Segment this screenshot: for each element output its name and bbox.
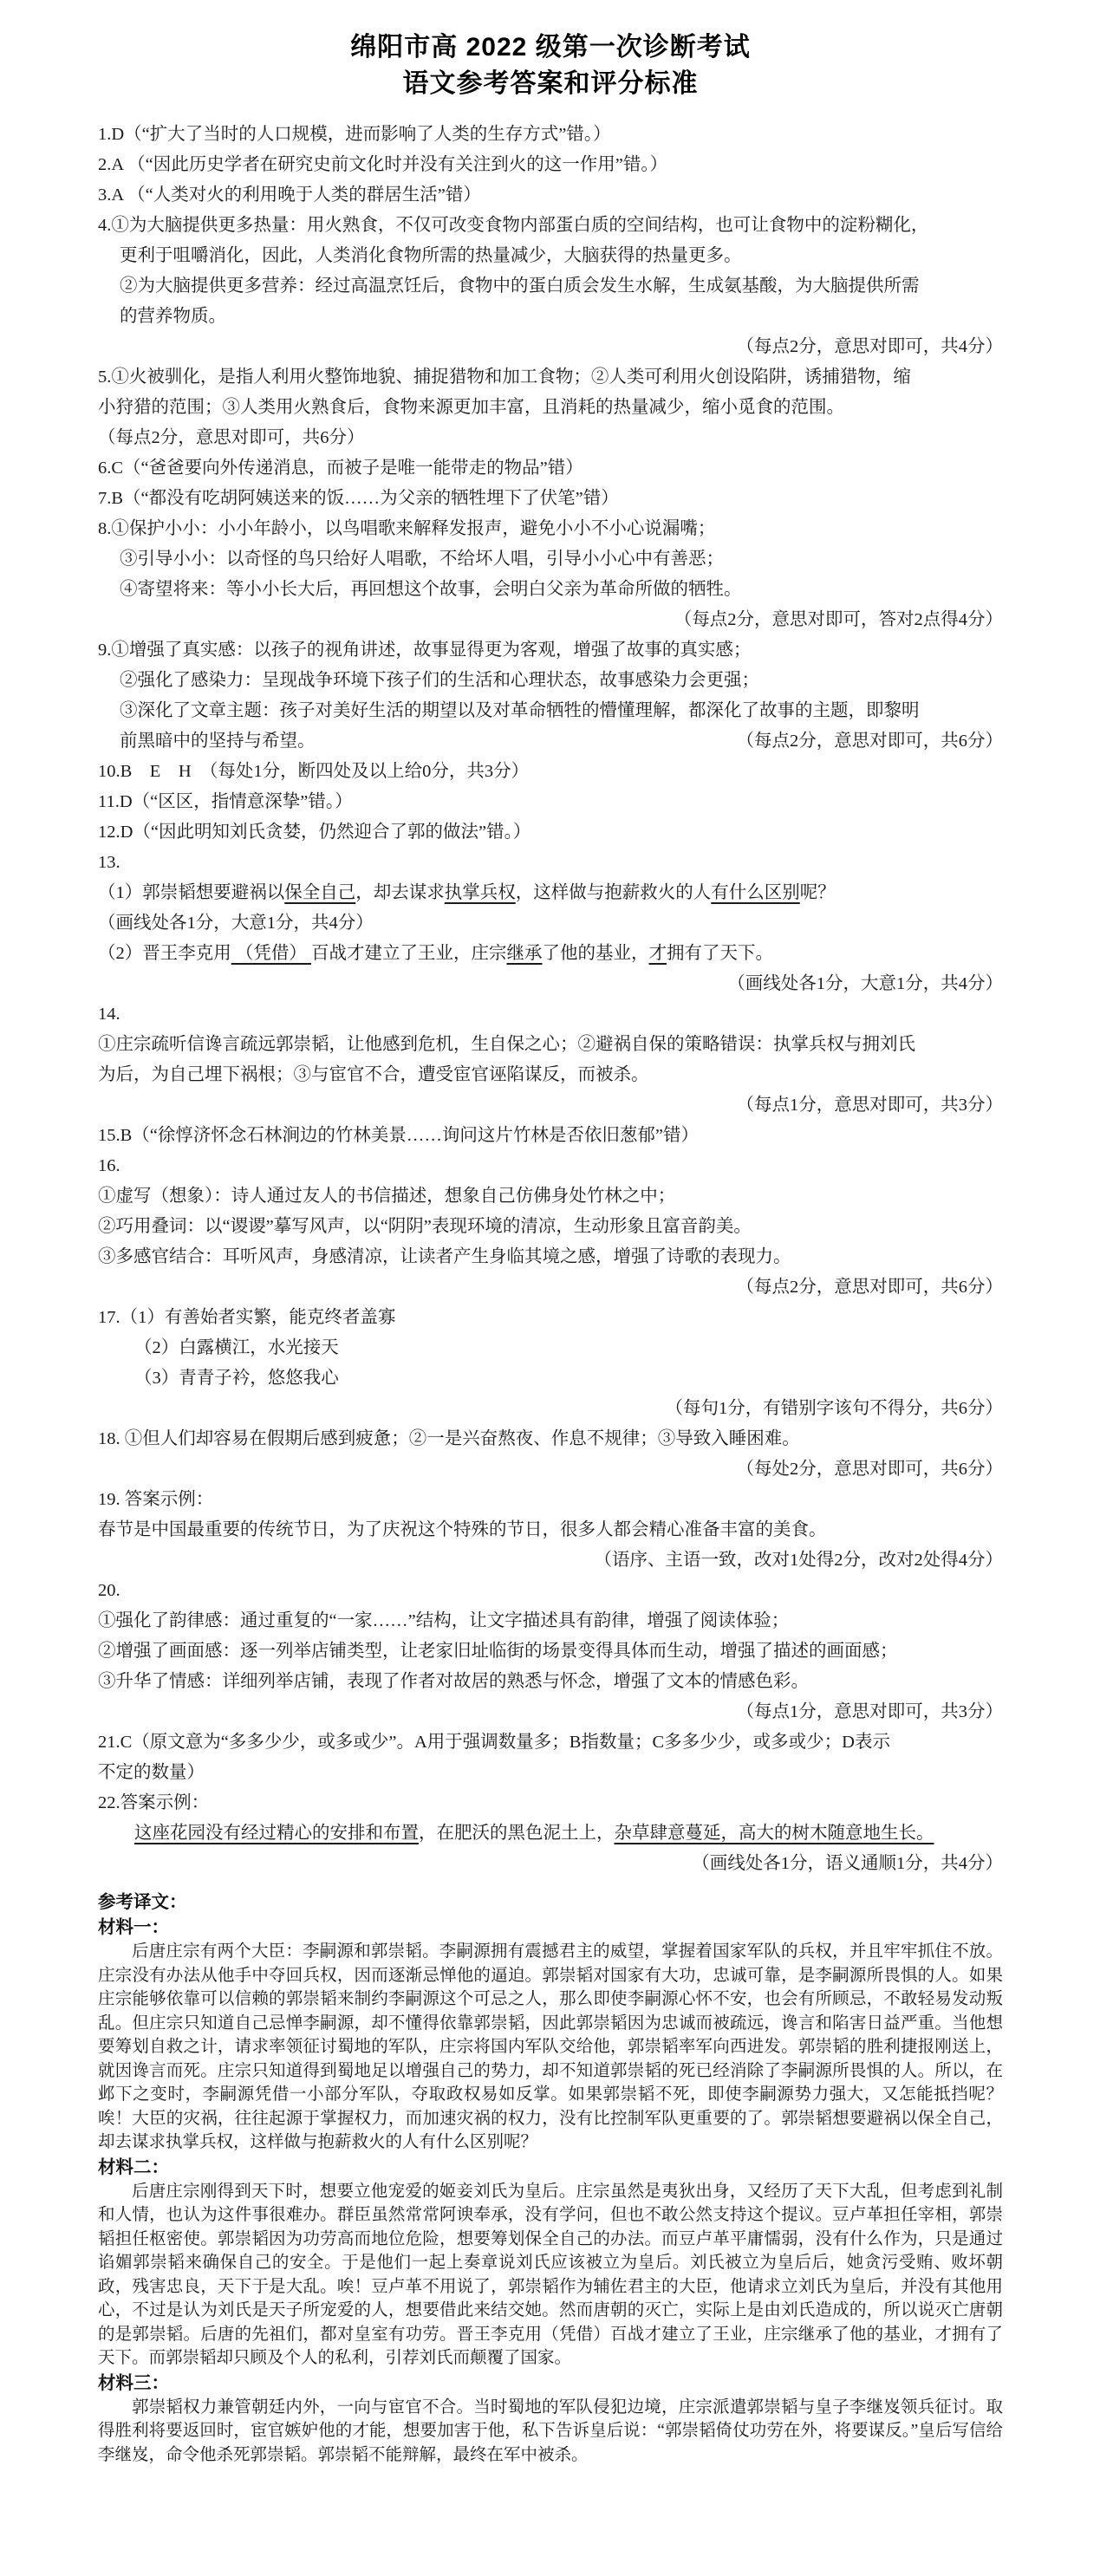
translation-paragraph: 后唐庄宗有两个大臣：李嗣源和郭崇韬。李嗣源拥有震撼君主的威望，掌握着国家军队的兵…	[98, 1940, 1003, 2155]
text-segment: 16.	[98, 1156, 120, 1175]
text-segment: 为后，为自己埋下祸根；③与宦官不合，遭受宦官诬陷谋反，而被杀。	[98, 1065, 649, 1084]
answer-line: 14.	[98, 999, 1003, 1030]
answer-line: 5.①火被驯化，是指人利用火整饰地貌、捕捉猎物和加工食物；②人类可利用火创设陷阱…	[98, 362, 1003, 393]
translation-paragraph: 后唐庄宗刚得到天下时，想要立他宠爱的姬妾刘氏为皇后。庄宗虽然是夷狄出身，又经历了…	[98, 2180, 1003, 2371]
text-segment: ①虚写（想象）：诗人通过友人的书信描述，想象自己仿佛身处竹林之中；	[98, 1187, 675, 1206]
underlined-text: （凭借）	[231, 944, 311, 963]
text-segment: （每点2分，意思对即可，共4分）	[737, 337, 1004, 356]
text-segment: （画线处各1分，大意1分，共4分）	[98, 914, 374, 933]
score-note-line: （每点2分，意思对即可，共4分）	[98, 332, 1003, 362]
document-title-line2: 语文参考答案和评分标准	[98, 66, 1003, 102]
text-segment: （每点1分，意思对即可，共3分）	[737, 1096, 1004, 1115]
translation-heading: 参考译文：	[98, 1890, 1003, 1915]
answer-line: 不定的数量）	[98, 1758, 1003, 1788]
underlined-text: 才	[649, 944, 667, 963]
text-segment: ②强化了感染力：呈现战争环境下孩子们的生活和心理状态，故事感染力会更强；	[120, 671, 759, 690]
text-segment: 11.D（“区区，指情意深挚”错。）	[98, 792, 353, 811]
text-segment: 春节是中国最重要的传统节日，为了庆祝这个特殊的节日，很多人都会精心准备丰富的美食…	[98, 1520, 827, 1539]
answer-line: 的营养物质。	[98, 302, 1003, 332]
text-segment: （1）郭崇韬想要避祸以	[98, 883, 284, 902]
answer-line: 21.C（原文意为“多多少少，或多或少”。A用于强调数量多；B指数量；C多多少少…	[98, 1727, 1003, 1758]
text-segment: （画线处各1分，大意1分，共4分）	[727, 974, 1003, 993]
answer-line: 春节是中国最重要的传统节日，为了庆祝这个特殊的节日，很多人都会精心准备丰富的美食…	[98, 1515, 1003, 1545]
translation-materials: 材料一：后唐庄宗有两个大臣：李嗣源和郭崇韬。李嗣源拥有震撼君主的威望，掌握着国家…	[98, 1915, 1003, 2467]
answer-line: （2）晋王李克用 （凭借） 百战才建立了王业，庄宗继承了他的基业，才拥有了天下。	[98, 939, 1003, 969]
answer-line: ③升华了情感：详细列举店铺，表现了作者对故居的熟悉与怀念，增强了文本的情感色彩。	[98, 1667, 1003, 1697]
answer-line: 22.答案示例：	[98, 1788, 1003, 1818]
text-segment: 14.	[98, 1005, 120, 1024]
text-segment: 17.（1）有善始者实繁，能克终者盖寡	[98, 1308, 395, 1327]
text-segment: 21.C（原文意为“多多少少，或多或少”。A用于强调数量多；B指数量；C多多少少…	[98, 1733, 890, 1752]
material-label: 材料一：	[98, 1915, 1003, 1940]
answer-line: 12.D（“因此明知刘氏贪婪，仍然迎合了郭的做法”错。）	[98, 817, 1003, 848]
text-segment: ②为大脑提供更多营养：经过高温烹饪后，食物中的蛋白质会发生水解，生成氨基酸，为大…	[120, 276, 920, 296]
text-segment: （每点2分，意思对即可，答对2点得4分）	[674, 610, 1003, 629]
text-segment: ①强化了韵律感：通过重复的“一家……”结构，让文字描述具有韵律，增强了阅读体验；	[98, 1611, 789, 1630]
text-segment: （每点2分，意思对即可，共6分）	[98, 428, 365, 447]
answer-line: 4.①为大脑提供更多热量：用火熟食，不仅可改变食物内部蛋白质的空间结构，也可让食…	[98, 211, 1003, 241]
text-segment: 20.	[98, 1581, 120, 1600]
translation-paragraph: 郭崇韬权力兼管朝廷内外，一向与宦官不合。当时蜀地的军队侵犯边境，庄宗派遣郭崇韬与…	[98, 2396, 1003, 2468]
score-note-line: （画线处各1分，语义通顺1分，共4分）	[98, 1849, 1003, 1879]
text-segment: 9.①增强了真实感：以孩子的视角讲述，故事显得更为客观，增强了故事的真实感；	[98, 641, 751, 660]
text-segment: ③升华了情感：详细列举店铺，表现了作者对故居的熟悉与怀念，增强了文本的情感色彩。	[98, 1672, 809, 1691]
answer-line: ①强化了韵律感：通过重复的“一家……”结构，让文字描述具有韵律，增强了阅读体验；	[98, 1606, 1003, 1636]
text-segment: ，在肥沃的黑色泥土上，	[419, 1824, 615, 1843]
answer-line: 1.D（“扩大了当时的人口规模，进而影响了人类的生存方式”错。）	[98, 120, 1003, 150]
score-note-line: （语序、主语一致，改对1处得2分，改对2处得4分）	[98, 1545, 1003, 1576]
text-segment: ①庄宗疏听信谗言疏远郭崇韬，让他感到危机，生自保之心；②避祸自保的策略错误：执掌…	[98, 1035, 915, 1054]
document-title-block: 绵阳市高 2022 级第一次诊断考试 语文参考答案和评分标准	[98, 29, 1003, 102]
text-segment: 15.B（“徐惇济怀念石林涧边的竹林美景……询问这片竹林是否依旧葱郁”错）	[98, 1126, 699, 1145]
text-segment: 百战才建立了王业，庄宗	[311, 944, 507, 963]
material-label: 材料三：	[98, 2371, 1003, 2396]
answer-line: （2）白露横江，水光接天	[98, 1333, 1003, 1363]
underlined-text: 高大的树木随意地生长。	[739, 1824, 934, 1843]
score-note-line: （每句1分，有错别字该句不得分，共6分）	[98, 1394, 1003, 1424]
score-note: （每点2分，意思对即可，共6分）	[737, 726, 1004, 757]
text-segment: 呢？	[800, 883, 836, 902]
score-note-line: （每点2分，意思对即可，答对2点得4分）	[98, 605, 1003, 635]
text-segment: ③引导小小：以奇怪的鸟只给好人唱歌，不给坏人唱，引导小小心中有善恶；	[120, 550, 724, 569]
text-segment: （每点2分，意思对即可，共6分）	[737, 1278, 1004, 1297]
answer-line-text: 前黑暗中的坚持与希望。	[120, 726, 316, 757]
text-segment: （语序、主语一致，改对1处得2分，改对2处得4分）	[595, 1551, 1004, 1570]
answer-line: 3.A （“人类对火的利用晚于人类的群居生活”错）	[98, 180, 1003, 211]
underlined-text: 执掌兵权	[445, 883, 516, 902]
score-note-line: （每点2分，意思对即可，共6分）	[98, 423, 1003, 453]
exam-answer-sheet-page: 绵阳市高 2022 级第一次诊断考试 语文参考答案和评分标准 1.D（“扩大了当…	[0, 0, 1100, 2576]
answer-line: 17.（1）有善始者实繁，能克终者盖寡	[98, 1303, 1003, 1333]
text-segment: ②增强了画面感：逐一列举店铺类型，让老家旧址临街的场景变得具体而生动，增强了描述…	[98, 1642, 898, 1661]
answer-line: 20.	[98, 1576, 1003, 1606]
text-segment: 2.A （“因此历史学者在研究史前文化时并没有关注到火的这一作用”错。）	[98, 155, 667, 174]
answer-line: ②巧用叠词：以“谡谡”摹写风声，以“阴阴”表现环境的清凉，生动形象且富音韵美。	[98, 1212, 1003, 1242]
answer-line: 小狩猎的范围；③人类用火熟食后，食物来源更加丰富，且消耗的热量减少，缩小觅食的范…	[98, 393, 1003, 423]
text-segment: 10.B E H （每处1分，断四处及以上给0分，共3分）	[98, 762, 529, 781]
text-segment: 18. ①但人们却容易在假期后感到疲惫；②一是兴奋熬夜、作息不规律；③导致入睡困…	[98, 1429, 800, 1448]
answer-line: 2.A （“因此历史学者在研究史前文化时并没有关注到火的这一作用”错。）	[98, 150, 1003, 180]
text-segment: ④寄望将来：等小小长大后，再回想这个故事，会明白父亲为革命所做的牺牲。	[120, 580, 742, 599]
underlined-text: 继承	[507, 944, 543, 963]
document-title-line1: 绵阳市高 2022 级第一次诊断考试	[98, 29, 1003, 66]
text-segment: ，这样做与抱薪救火的人	[516, 883, 712, 902]
text-segment: 更利于咀嚼消化，因此，人类消化食物所需的热量减少，大脑获得的热量更多。	[120, 246, 742, 265]
answer-line: ①庄宗疏听信谗言疏远郭崇韬，让他感到危机，生自保之心；②避祸自保的策略错误：执掌…	[98, 1030, 1003, 1060]
answer-line: ②增强了画面感：逐一列举店铺类型，让老家旧址临街的场景变得具体而生动，增强了描述…	[98, 1636, 1003, 1667]
answer-line: 11.D（“区区，指情意深挚”错。）	[98, 787, 1003, 817]
answer-line: 15.B（“徐惇济怀念石林涧边的竹林美景……询问这片竹林是否依旧葱郁”错）	[98, 1121, 1003, 1151]
answer-line: 为后，为自己埋下祸根；③与宦官不合，遭受宦官诬陷谋反，而被杀。	[98, 1060, 1003, 1090]
answer-line: ③引导小小：以奇怪的鸟只给好人唱歌，不给坏人唱，引导小小心中有善恶；	[98, 544, 1003, 575]
score-note-line: （每点1分，意思对即可，共3分）	[98, 1090, 1003, 1121]
answer-line: 18. ①但人们却容易在假期后感到疲惫；②一是兴奋熬夜、作息不规律；③导致入睡困…	[98, 1424, 1003, 1454]
text-segment: 4.①为大脑提供更多热量：用火熟食，不仅可改变食物内部蛋白质的空间结构，也可让食…	[98, 216, 928, 235]
answer-line: 16.	[98, 1151, 1003, 1181]
text-segment: 12.D（“因此明知刘氏贪婪，仍然迎合了郭的做法”错。）	[98, 823, 530, 842]
text-segment: 7.B（“都没有吃胡阿姨送来的饭……为父亲的牺牲埋下了伏笔”错）	[98, 489, 619, 508]
text-segment: 拥有了天下。	[667, 944, 773, 963]
answer-line: ②为大脑提供更多营养：经过高温烹饪后，食物中的蛋白质会发生水解，生成氨基酸，为大…	[98, 271, 1003, 302]
text-segment: （3）青青子衿，悠悠我心	[134, 1369, 339, 1388]
underlined-text: 这座花园没有经过精心的安排和布置	[134, 1824, 419, 1843]
answer-line: 7.B（“都没有吃胡阿姨送来的饭……为父亲的牺牲埋下了伏笔”错）	[98, 484, 1003, 514]
text-segment: 前黑暗中的坚持与希望。	[120, 732, 316, 751]
text-segment: 3.A （“人类对火的利用晚于人类的群居生活”错）	[98, 185, 481, 205]
text-segment: ③深化了文章主题：孩子对美好生活的期望以及对革命牺牲的懵懂理解，都深化了故事的主…	[120, 701, 920, 720]
answer-line: ①虚写（想象）：诗人通过友人的书信描述，想象自己仿佛身处竹林之中；	[98, 1181, 1003, 1212]
text-segment: 19. 答案示例：	[98, 1490, 213, 1509]
score-note-line: （每点1分，意思对即可，共3分）	[98, 1697, 1003, 1727]
answer-line: 13.	[98, 848, 1003, 878]
text-segment: （2）白露横江，水光接天	[134, 1338, 339, 1357]
answer-line: 9.①增强了真实感：以孩子的视角讲述，故事显得更为客观，增强了故事的真实感；	[98, 635, 1003, 666]
text-segment: 的营养物质。	[120, 307, 226, 326]
answers-section: 1.D（“扩大了当时的人口规模，进而影响了人类的生存方式”错。）2.A （“因此…	[98, 120, 1003, 1879]
text-segment: 6.C（“爸爸要向外传递消息，而被子是唯一能带走的物品”错）	[98, 459, 583, 478]
text-segment: （每处2分，意思对即可，共6分）	[737, 1460, 1004, 1479]
text-segment: 22.答案示例：	[98, 1793, 209, 1812]
answer-line: 19. 答案示例：	[98, 1485, 1003, 1515]
answer-line: 前黑暗中的坚持与希望。（每点2分，意思对即可，共6分）	[98, 726, 1003, 757]
text-segment: 不定的数量）	[98, 1763, 205, 1782]
score-note-line: （画线处各1分，大意1分，共4分）	[98, 908, 1003, 939]
score-note-line: （每点2分，意思对即可，共6分）	[98, 1272, 1003, 1303]
translation-section: 参考译文： 材料一：后唐庄宗有两个大臣：李嗣源和郭崇韬。李嗣源拥有震撼君主的威望…	[98, 1890, 1003, 2467]
text-segment: （画线处各1分，语义通顺1分，共4分）	[692, 1854, 1003, 1873]
answer-line: ③深化了文章主题：孩子对美好生活的期望以及对革命牺牲的懵懂理解，都深化了故事的主…	[98, 696, 1003, 726]
text-segment: 13.	[98, 853, 120, 872]
underlined-text: 杂草肆意蔓延，	[615, 1824, 739, 1843]
underlined-text: 保全自己	[284, 883, 355, 902]
text-segment: （每点1分，意思对即可，共3分）	[737, 1702, 1004, 1721]
answer-line: （1）郭崇韬想要避祸以保全自己，却去谋求执掌兵权，这样做与抱薪救火的人有什么区别…	[98, 878, 1003, 908]
text-segment: ③多感官结合：耳听风声，身感清凉，让读者产生身临其境之感，增强了诗歌的表现力。	[98, 1247, 791, 1266]
answer-line: ③多感官结合：耳听风声，身感清凉，让读者产生身临其境之感，增强了诗歌的表现力。	[98, 1242, 1003, 1272]
text-segment: 1.D（“扩大了当时的人口规模，进而影响了人类的生存方式”错。）	[98, 125, 611, 144]
text-segment: ，却去谋求	[355, 883, 445, 902]
answer-line: 6.C（“爸爸要向外传递消息，而被子是唯一能带走的物品”错）	[98, 453, 1003, 484]
answer-line: ④寄望将来：等小小长大后，再回想这个故事，会明白父亲为革命所做的牺牲。	[98, 575, 1003, 605]
answer-line: 10.B E H （每处1分，断四处及以上给0分，共3分）	[98, 757, 1003, 787]
text-segment: ②巧用叠词：以“谡谡”摹写风声，以“阴阴”表现环境的清凉，生动形象且富音韵美。	[98, 1217, 752, 1236]
score-note-line: （每处2分，意思对即可，共6分）	[98, 1454, 1003, 1485]
text-segment: 5.①火被驯化，是指人利用火整饰地貌、捕捉猎物和加工食物；②人类可利用火创设陷阱…	[98, 368, 911, 387]
text-segment: （每句1分，有错别字该句不得分，共6分）	[666, 1399, 1004, 1418]
answer-line: 这座花园没有经过精心的安排和布置，在肥沃的黑色泥土上，杂草肆意蔓延，高大的树木随…	[98, 1818, 1003, 1849]
material-label: 材料二：	[98, 2155, 1003, 2180]
answer-line: 更利于咀嚼消化，因此，人类消化食物所需的热量减少，大脑获得的热量更多。	[98, 241, 1003, 271]
answer-line: 8.①保护小小：小小年龄小，以鸟唱歌来解释发报声，避免小小不小心说漏嘴；	[98, 514, 1003, 544]
text-segment: 小狩猎的范围；③人类用火熟食后，食物来源更加丰富，且消耗的热量减少，缩小觅食的范…	[98, 398, 844, 417]
answer-line: ②强化了感染力：呈现战争环境下孩子们的生活和心理状态，故事感染力会更强；	[98, 666, 1003, 696]
text-segment: 了他的基业，	[543, 944, 649, 963]
answer-line: （3）青青子衿，悠悠我心	[98, 1363, 1003, 1394]
text-segment: 8.①保护小小：小小年龄小，以鸟唱歌来解释发报声，避免小小不小心说漏嘴；	[98, 519, 715, 538]
text-segment: （2）晋王李克用	[98, 944, 231, 963]
score-note-line: （画线处各1分，大意1分，共4分）	[98, 969, 1003, 999]
underlined-text: 有什么区别	[711, 883, 800, 902]
